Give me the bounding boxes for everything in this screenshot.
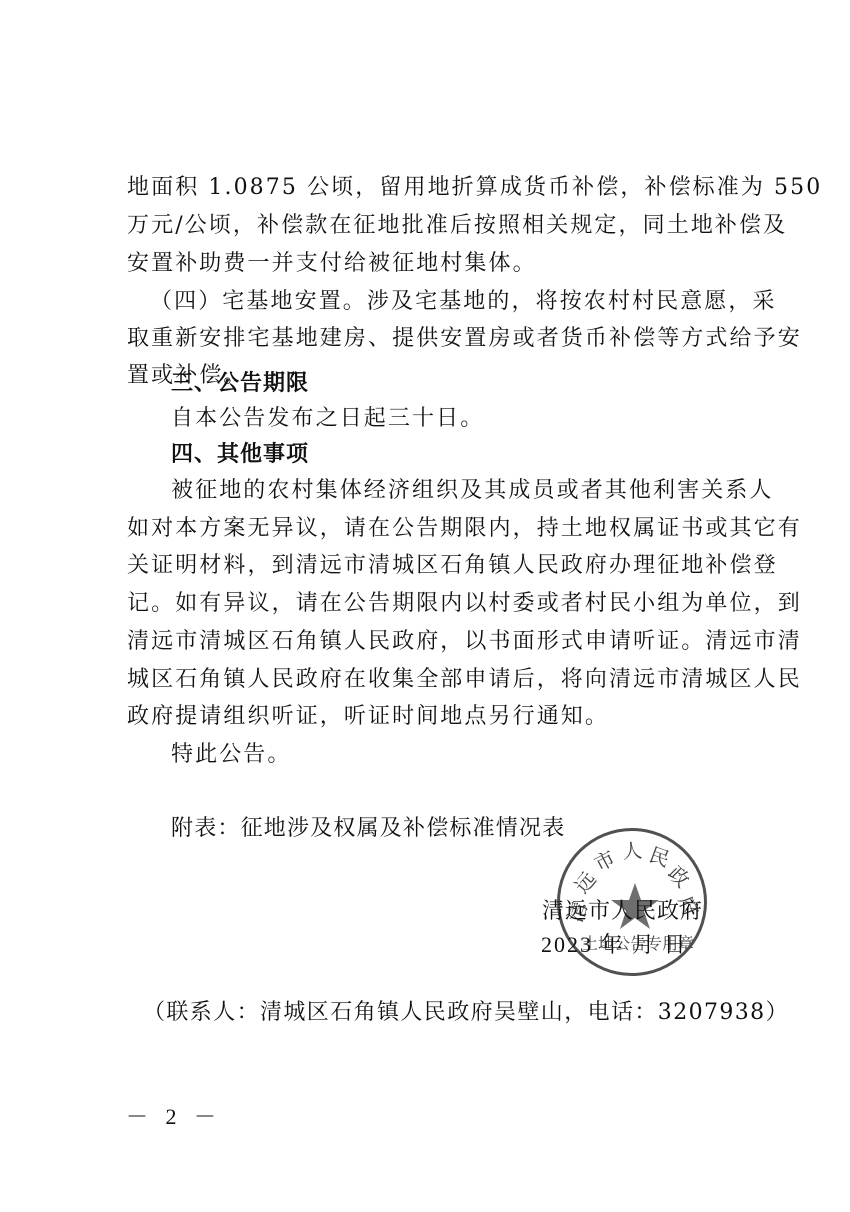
attachment-link: 附表：征地涉及权属及补偿标准情况表 xyxy=(171,815,771,843)
closing-text: 特此公告。 xyxy=(171,741,771,769)
paragraph-line: 万元/公顷，补偿款在征地批准后按照相关规定，同土地补偿及 xyxy=(127,212,727,240)
seal-char: 市 xyxy=(588,842,619,877)
page-number: － 2 － xyxy=(126,1100,222,1131)
other-matters-line: 清远市清城区石角镇人民政府，以书面形式申请听证。清远市清 xyxy=(127,628,727,656)
other-matters-line: 政府提请组织听证，听证时间地点另行通知。 xyxy=(127,703,727,731)
contact-info: （联系人：清城区石角镇人民政府吴壁山，电话：3207938） xyxy=(143,999,789,1027)
paragraph-line: 地面积 1.0875 公顷，留用地折算成货币补偿，补偿标准为 550 xyxy=(127,174,727,202)
notice-period-text: 自本公告发布之日起三十日。 xyxy=(171,405,771,433)
seal-char: 政 xyxy=(663,858,698,893)
paragraph-line-homestead: （四）宅基地安置。涉及宅基地的，将按农村村民意愿，采 xyxy=(150,288,750,316)
other-matters-line: 记。如有异议，请在公告期限内以村委或者村民小组为单位，到 xyxy=(127,590,727,618)
other-matters-line: 关证明材料，到清远市清城区石角镇人民政府办理征地补偿登 xyxy=(127,552,727,580)
paragraph-line: 取重新安排宅基地建房、提供安置房或者货币补偿等方式给予安 xyxy=(127,325,727,353)
paragraph-line: 安置补助费一并支付给被征地村集体。 xyxy=(127,250,727,278)
document-page: 地面积 1.0875 公顷，留用地折算成货币补偿，补偿标准为 550 万元/公顷… xyxy=(0,0,850,1212)
section-heading-other-matters: 四、其他事项 xyxy=(171,441,771,469)
seal-char: 远 xyxy=(566,865,601,899)
other-matters-line: 被征地的农村集体经济组织及其成员或者其他利害关系人 xyxy=(171,477,771,505)
seal-char: 民 xyxy=(646,838,675,872)
seal-char: 人 xyxy=(621,834,643,865)
other-matters-line: 城区石角镇人民政府在收集全部申请后，将向清远市清城区人民 xyxy=(127,666,727,694)
issue-date: 2023 年 月 日 xyxy=(541,931,688,959)
issuer-name: 清远市人民政府 xyxy=(542,898,703,926)
other-matters-line: 如对本方案无异议，请在公告期限内，持土地权属证书或其它有 xyxy=(127,515,727,543)
section-heading-notice-period: 三、公告期限 xyxy=(171,370,771,398)
